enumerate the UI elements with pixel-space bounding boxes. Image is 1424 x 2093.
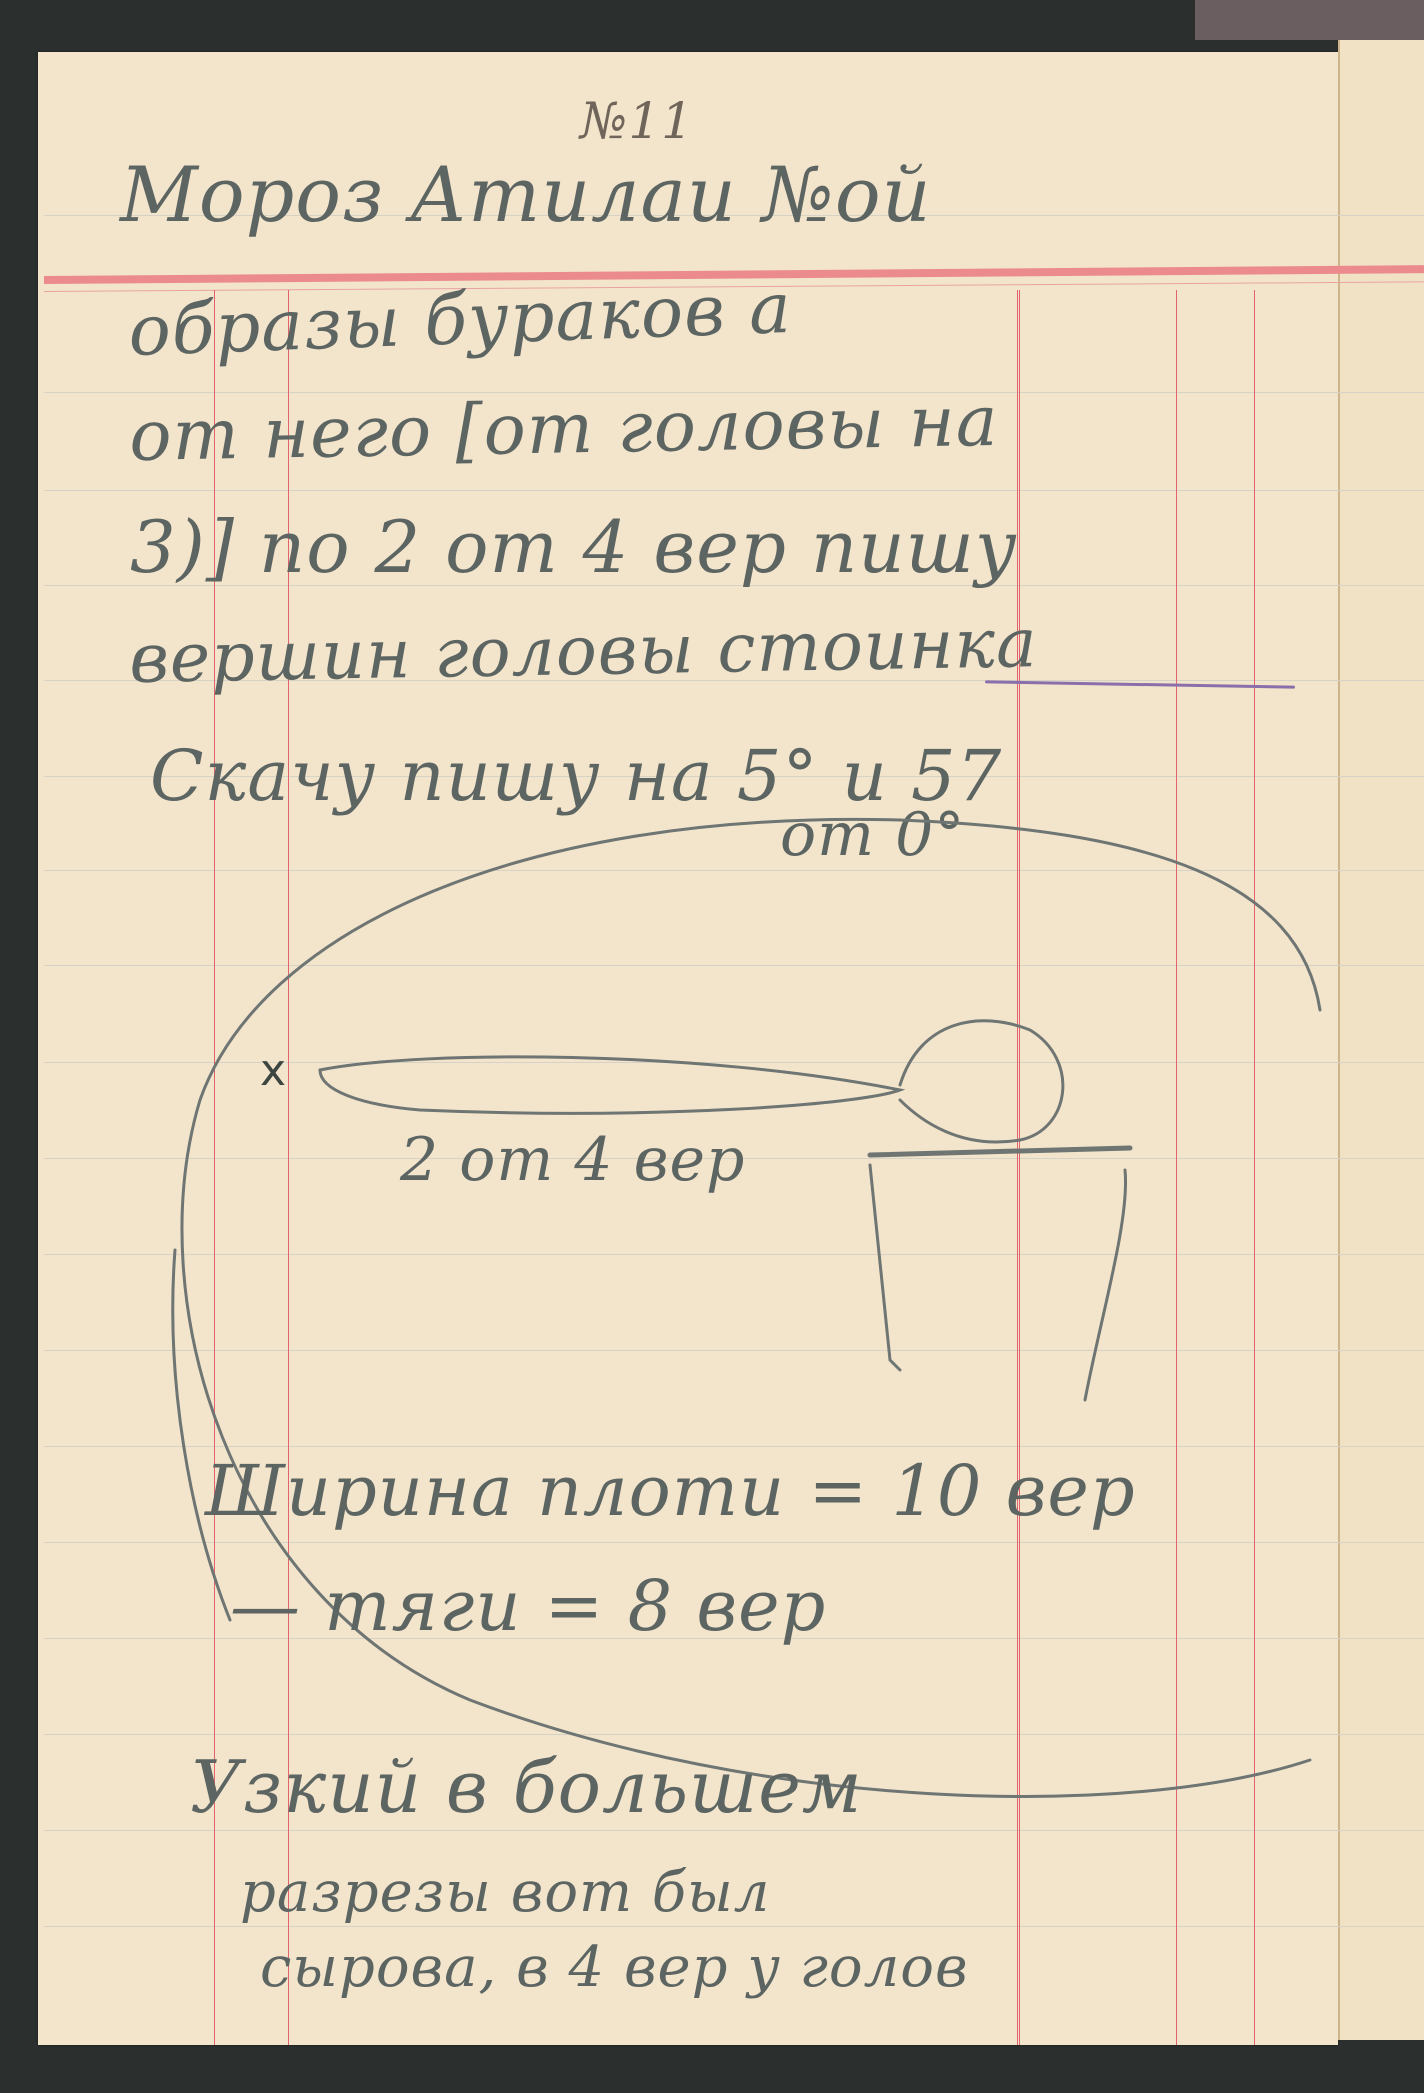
x-mark: x <box>260 1045 286 1096</box>
measurement-draft: — тяги = 8 вер <box>230 1565 826 1647</box>
sketch-label: 2 от 4 вер <box>400 1125 745 1195</box>
trapezoid-top <box>870 1148 1130 1155</box>
bulb-shape <box>900 1021 1063 1142</box>
large-oval-outline <box>182 819 1320 1796</box>
measurement-width: Ширина плоти = 10 вер <box>205 1450 1136 1532</box>
footer-line-1: Узкий в большем <box>190 1745 863 1829</box>
footer-line-3: сырова, в 4 вер у голов <box>260 1935 969 2000</box>
elongated-shape <box>320 1057 900 1113</box>
trapezoid-right-side <box>1085 1170 1126 1400</box>
trapezoid-left-side <box>870 1165 900 1370</box>
footer-line-2: разрезы вот был <box>240 1860 770 1925</box>
